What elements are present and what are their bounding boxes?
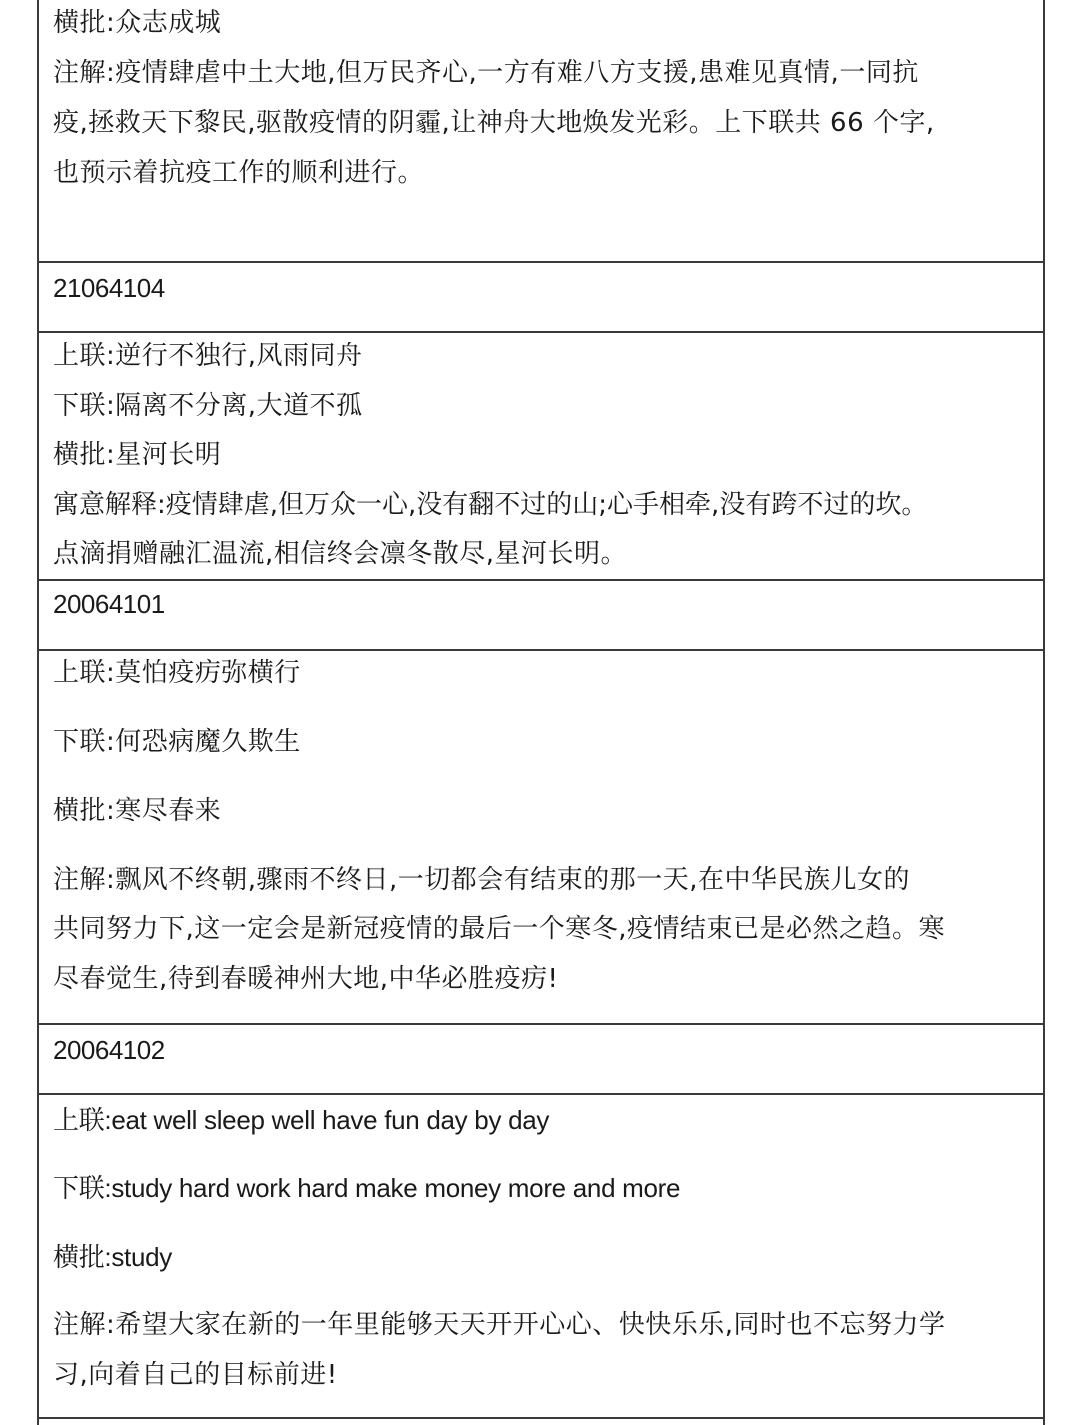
lower-couplet-line: 下联:隔离不分离,大道不孤 — [53, 389, 1041, 423]
annotation-line: 习,向着自己的目标前进! — [53, 1358, 1041, 1392]
lower-couplet-line: 下联:何恐病魔久欺生 — [53, 725, 1041, 759]
lower-couplet-line: 下联:study hard work hard make money more … — [53, 1171, 1041, 1205]
entry-content-cell: 横批:众志成城 注解:疫情肆虐中土大地,但万民齐心,一方有难八方支援,患难见真情… — [39, 0, 1043, 262]
entry-id-cell: 20064101 — [39, 581, 1043, 650]
annotation-line: 尽春觉生,待到春暖神州大地,中华必胜疫疠! — [53, 962, 1041, 996]
row-divider — [39, 1417, 1043, 1419]
heng-pi-line: 横批:星河长明 — [53, 438, 1041, 472]
heng-pi-line: 横批:寒尽春来 — [53, 794, 1041, 828]
annotation-line: 注解:希望大家在新的一年里能够天天开开心心、快快乐乐,同时也不忘努力学 — [53, 1308, 1041, 1342]
entry-id-cell: 20064102 — [39, 1025, 1043, 1094]
entry-content-cell: 上联:逆行不独行,风雨同舟 下联:隔离不分离,大道不孤 横批:星河长明 寓意解释… — [39, 333, 1043, 580]
entry-content-cell: 上联:eat well sleep well have fun day by d… — [39, 1095, 1043, 1418]
annotation-line: 注解:飘风不终朝,骤雨不终日,一切都会有结束的那一天,在中华民族儿女的 — [53, 863, 1041, 897]
entry-id-cell: 21064104 — [39, 263, 1043, 332]
meaning-line: 寓意解释:疫情肆虐,但万众一心,没有翻不过的山;心手相牵,没有跨不过的坎。 — [53, 488, 1041, 522]
meaning-line: 点滴捐赠融汇温流,相信终会凛冬散尽,星河长明。 — [53, 537, 1041, 571]
annotation-line: 疫,拯救天下黎民,驱散疫情的阴霾,让神舟大地焕发光彩。上下联共 66 个字, — [53, 106, 1041, 140]
upper-couplet-line: 上联:逆行不独行,风雨同舟 — [53, 339, 1041, 373]
student-id: 21064104 — [53, 271, 165, 305]
upper-couplet-line: 上联:eat well sleep well have fun day by d… — [53, 1103, 1041, 1137]
heng-pi-line: 横批:众志成城 — [53, 6, 1041, 40]
entry-content-cell: 上联:莫怕疫疠弥横行 下联:何恐病魔久欺生 横批:寒尽春来 注解:飘风不终朝,骤… — [39, 651, 1043, 1024]
student-id: 20064102 — [53, 1033, 165, 1067]
student-id: 20064101 — [53, 587, 165, 621]
annotation-line: 也预示着抗疫工作的顺利进行。 — [53, 156, 1041, 190]
heng-pi-line: 横批:study — [53, 1240, 1041, 1274]
annotation-line: 共同努力下,这一定会是新冠疫情的最后一个寒冬,疫情结束已是必然之趋。寒 — [53, 912, 1041, 946]
upper-couplet-line: 上联:莫怕疫疠弥横行 — [53, 656, 1041, 690]
couplet-table: 横批:众志成城 注解:疫情肆虐中土大地,但万民齐心,一方有难八方支援,患难见真情… — [37, 0, 1045, 1425]
annotation-line: 注解:疫情肆虐中土大地,但万民齐心,一方有难八方支援,患难见真情,一同抗 — [53, 56, 1041, 90]
